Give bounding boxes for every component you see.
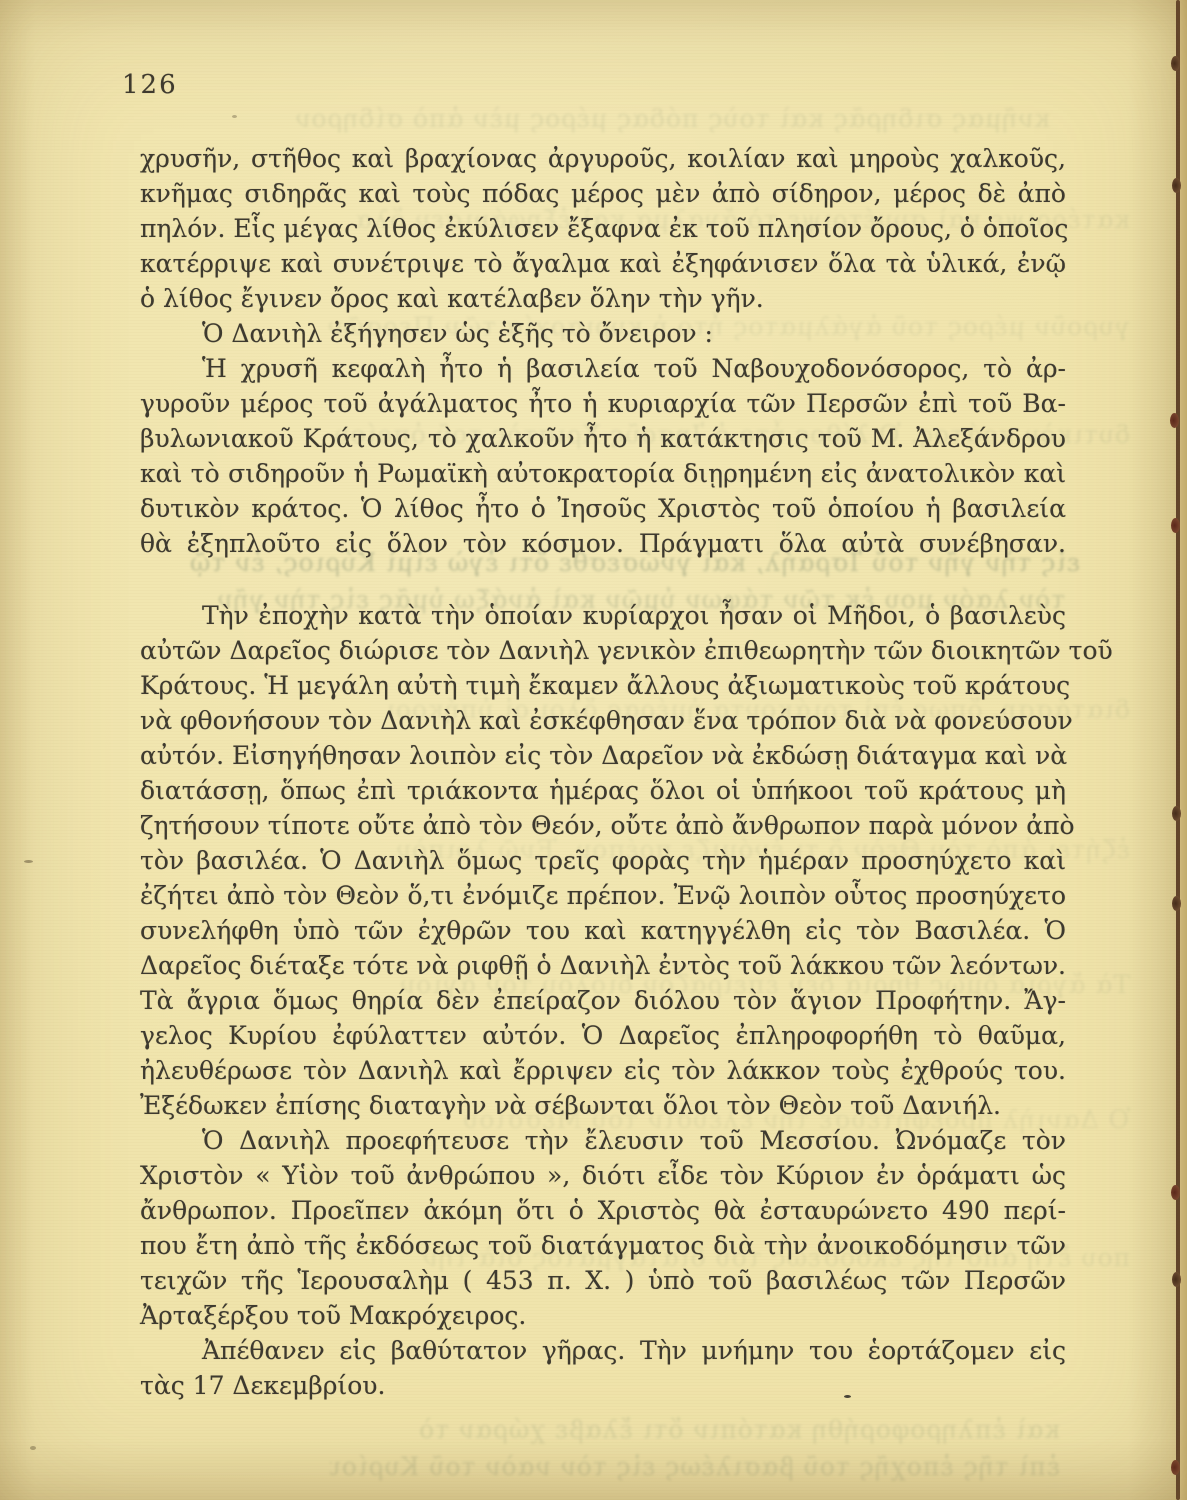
text-line: Ἐξέδωκεν ἐπίσης διαταγὴν νὰ σέβωνται ὅλο… <box>140 1088 1066 1123</box>
showthrough-fragment: ἐπὶ τῆς ἐποχῆς τοῦ βασιλέως εἰς τὸν ναὸν… <box>330 1452 1060 1481</box>
text-line: συνελήφθη ὑπὸ τῶν ἐχθρῶν του καὶ κατηγγέ… <box>140 913 1066 948</box>
edge-knot <box>1172 896 1181 911</box>
text-line: Ὁ Δανιὴλ προεφήτευσε τὴν ἔλευσιν τοῦ Μεσ… <box>140 1123 1066 1158</box>
text-line: γυροῦν μέρος τοῦ ἀγάλματος ἦτο ἡ κυριαρχ… <box>140 386 1066 421</box>
text-line: ἠλευθέρωσε τὸν Δανιὴλ καὶ ἔρριψεν εἰς τὸ… <box>140 1053 1066 1088</box>
text-line: Ἀρταξέρξου τοῦ Μακρόχειρος. <box>140 1298 1066 1333</box>
edge-knot <box>1171 1185 1180 1200</box>
scanned-book-page: κνῆμας σιδηρᾶς καὶ τοὺς πόδας μέρος μὲν … <box>0 0 1187 1500</box>
text-line: δυτικὸν κράτος. Ὁ λίθος ἦτο ὁ Ἰησοῦς Χρι… <box>140 491 1066 526</box>
edge-knot <box>1171 56 1180 71</box>
text-line: τὸν βασιλέα. Ὁ Δανιὴλ ὅμως τρεῖς φορὰς τ… <box>140 843 1066 878</box>
text-line: γελος Κυρίου ἐφύλαττεν αὐτόν. Ὁ Δαρεῖος … <box>140 1018 1066 1053</box>
edge-knot <box>1170 413 1179 428</box>
ink-speck <box>232 115 237 118</box>
ink-speck <box>30 1446 36 1450</box>
text-line: Κράτους. Ἡ μεγάλη αὐτὴ τιμὴ ἔκαμεν ἄλλου… <box>140 668 1066 703</box>
text-line: αὐτόν. Εἰσηγήθησαν λοιπὸν εἰς τὸν Δαρεῖο… <box>140 738 1066 773</box>
edge-knot <box>1171 518 1180 533</box>
text-line: κνῆμας σιδηρᾶς καὶ τοὺς πόδας μέρος μὲν … <box>140 176 1066 211</box>
showthrough-fragment: καὶ ἐπληροφορήθη κατόπιν ὅτι ἔλαβε χώραν… <box>420 1415 1060 1444</box>
text-line: Ὁ Δανιὴλ ἐξήγησεν ὡς ἑξῆς τὸ ὄνειρον : <box>140 316 1066 351</box>
text-line: ὁ λίθος ἔγινεν ὄρος καὶ κατέλαβεν ὅλην τ… <box>140 281 1066 316</box>
text-line: καὶ τὸ σιδηροῦν ἡ Ρωμαϊκὴ αὐτοκρατορία δ… <box>140 456 1066 491</box>
edge-knot <box>1172 178 1181 193</box>
edge-knot <box>1171 1460 1180 1475</box>
text-line: Δαρεῖος διέταξε τότε νὰ ριφθῇ ὁ Δανιὴλ ἐ… <box>140 948 1066 983</box>
text-line: τὰς 17 Δεκεμβρίου. <box>140 1368 1066 1403</box>
text-line: νὰ φθονήσουν τὸν Δανιὴλ καὶ ἐσκέφθησαν ἕ… <box>140 703 1066 738</box>
text-line: διατάσσῃ, ὅπως ἐπὶ τριάκοντα ἡμέρας ὅλοι… <box>140 773 1066 808</box>
text-line: Τὴν ἐποχὴν κατὰ τὴν ὁποίαν κυρίαρχοι ἦσα… <box>140 598 1066 633</box>
text-line: αὐτῶν Δαρεῖος διώρισε τὸν Δανιὴλ γενικὸν… <box>140 633 1066 668</box>
text-line: κατέρριψε καὶ συνέτριψε τὸ ἄγαλμα καὶ ἐξ… <box>140 246 1066 281</box>
page-number: 126 <box>122 70 178 100</box>
text-line: ζητήσουν τίποτε οὔτε ἀπὸ τὸν Θεόν, οὔτε … <box>140 808 1066 843</box>
text-line: Χριστὸν « Υἱὸν τοῦ ἀνθρώπου », διότι εἶδ… <box>140 1158 1066 1193</box>
text-line: βυλωνιακοῦ Κράτους, τὸ χαλκοῦν ἦτο ἡ κατ… <box>140 421 1066 456</box>
text-line: Ἀπέθανεν εἰς βαθύτατον γῆρας. Τὴν μνήμην… <box>140 1333 1066 1368</box>
text-line: Τὰ ἄγρια ὅμως θηρία δὲν ἐπείραζον διόλου… <box>140 983 1066 1018</box>
body-text: χρυσῆν, στῆθος καὶ βραχίονας ἀργυροῦς, κ… <box>140 141 1066 1403</box>
text-line: Ἡ χρυσῆ κεφαλὴ ἦτο ἡ βασιλεία τοῦ Ναβουχ… <box>140 351 1066 386</box>
text-line: πηλόν. Εἷς μέγας λίθος ἐκύλισεν ἔξαφνα ἐ… <box>140 211 1066 246</box>
ink-speck <box>24 860 33 863</box>
text-line: ἄνθρωπον. Προεῖπεν ἀκόμη ὅτι ὁ Χριστὸς θ… <box>140 1193 1066 1228</box>
ink-speck <box>844 1395 851 1398</box>
text-line: θὰ ἐξηπλοῦτο εἰς ὅλον τὸν κόσμον. Πράγμα… <box>140 526 1066 561</box>
showthrough-fragment: κνῆμας σιδηρᾶς καὶ τοὺς πόδας μέρος μὲν … <box>250 104 1050 133</box>
text-line: που ἔτη ἀπὸ τῆς ἐκδόσεως τοῦ διατάγματος… <box>140 1228 1066 1263</box>
text-line: χρυσῆν, στῆθος καὶ βραχίονας ἀργυροῦς, κ… <box>140 141 1066 176</box>
text-line: ἐζήτει ἀπὸ τὸν Θεὸν ὅ,τι ἐνόμιζε πρέπον.… <box>140 878 1066 913</box>
edge-knot <box>1172 1272 1181 1287</box>
text-line: τειχῶν τῆς Ἱερουσαλὴμ ( 453 π. Χ. ) ὑπὸ … <box>140 1263 1066 1298</box>
edge-knot <box>1172 806 1181 821</box>
